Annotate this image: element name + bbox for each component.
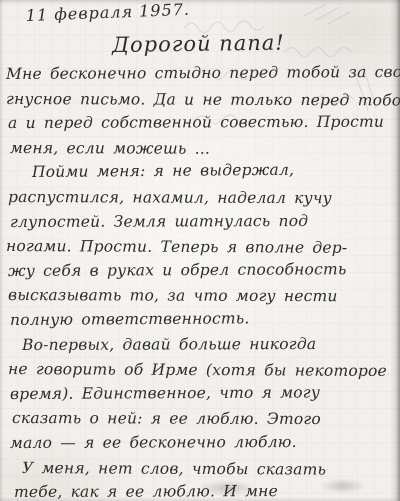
letter-content: 11 февраля 1957. Дорогой папа! Мне беско…: [0, 6, 400, 501]
letter-line: жу себя в руках и обрел способность: [8, 257, 400, 284]
letter-line: сказать о ней: я ее люблю. Этого: [12, 406, 400, 432]
letter-line: глупостей. Земля шатнулась под: [10, 208, 400, 234]
letter-line: Мне бесконечно стыдно перед тобой за сво…: [6, 60, 400, 87]
ink-smudge: [188, 478, 266, 498]
letter-line: время). Единственное, что я могу: [10, 380, 400, 407]
scan-edge-shadow-left: [0, 0, 4, 501]
letter-line: мало — я ее бесконечно люблю.: [10, 430, 400, 456]
letter-body: Мне бесконечно стыдно перед тобой за сво…: [0, 62, 400, 501]
handwritten-letter-page: 11 февраля 1957. Дорогой папа! Мне беско…: [0, 0, 400, 501]
ink-smudge: [312, 476, 374, 496]
letter-line: Во-первых, давай больше никогда: [22, 331, 400, 357]
letter-salutation: Дорогой папа!: [112, 29, 400, 62]
letter-line: Пойми меня: я не выдержал,: [32, 157, 400, 185]
letter-line: а и перед собственной совестью. Прости: [8, 110, 400, 136]
scan-edge-shadow-top: [0, 0, 400, 5]
letter-line: полную ответственность.: [10, 305, 400, 332]
letter-line: гнусное письмо. Да и не только перед тоб…: [6, 87, 400, 113]
letter-line: распустился, нахамил, наделал кучу: [8, 185, 400, 211]
scan-edge-shadow-bottom: [0, 497, 400, 501]
scan-edge-shadow-right: [391, 0, 400, 501]
